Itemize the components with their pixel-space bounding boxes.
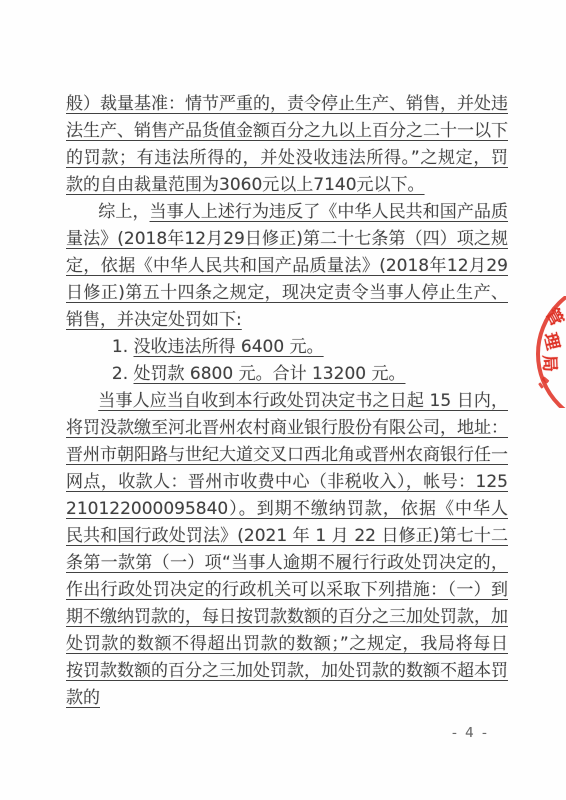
paragraph-lead-text: 综上， <box>98 202 149 222</box>
seal-character: 理 <box>540 331 560 351</box>
seal-character: 局 <box>540 355 558 373</box>
seal-star-fragment <box>542 376 550 384</box>
paragraph-payment-instructions: 当事人应当自收到本行政处罚决定书之日起 15 日内，将罚没款缴至河北晋州农村商业… <box>66 388 508 712</box>
penalty-item-1: 1. 没收违法所得 6400 元。 <box>66 334 508 361</box>
seal-star-fragment <box>538 382 544 389</box>
item-number: 1. <box>112 337 134 357</box>
document-body: 般）裁量基准：情节严重的，责令停止生产、销售，并处违法生产、销售产品货值金额百分… <box>66 91 508 712</box>
paragraph-text: 般）裁量基准：情节严重的，责令停止生产、销售，并处违法生产、销售产品货值金额百分… <box>66 94 508 195</box>
page-number: - 4 - <box>452 725 489 741</box>
paragraph-text: 当事人应当自收到本行政处罚决定书之日起 15 日内，将罚没款缴至河北晋州农村商业… <box>66 391 508 708</box>
item-text: 处罚款 6800 元。合计 13200 元。 <box>134 364 406 384</box>
scanned-document-page: 般）裁量基准：情节严重的，责令停止生产、销售，并处违法生产、销售产品货值金额百分… <box>0 0 566 800</box>
item-text: 没收违法所得 6400 元。 <box>134 337 324 357</box>
paragraph-decision: 综上，当事人上述行为违反了《中华人民共和国产品质量法》(2018年12月29日修… <box>66 199 508 334</box>
seal-arc <box>536 296 566 408</box>
official-seal-stamp: 管 理 局 <box>528 296 566 408</box>
paragraph-penalty-range: 般）裁量基准：情节严重的，责令停止生产、销售，并处违法生产、销售产品货值金额百分… <box>66 91 508 199</box>
seal-character: 管 <box>542 306 565 329</box>
penalty-item-2: 2. 处罚款 6800 元。合计 13200 元。 <box>66 361 508 388</box>
item-number: 2. <box>112 364 134 384</box>
